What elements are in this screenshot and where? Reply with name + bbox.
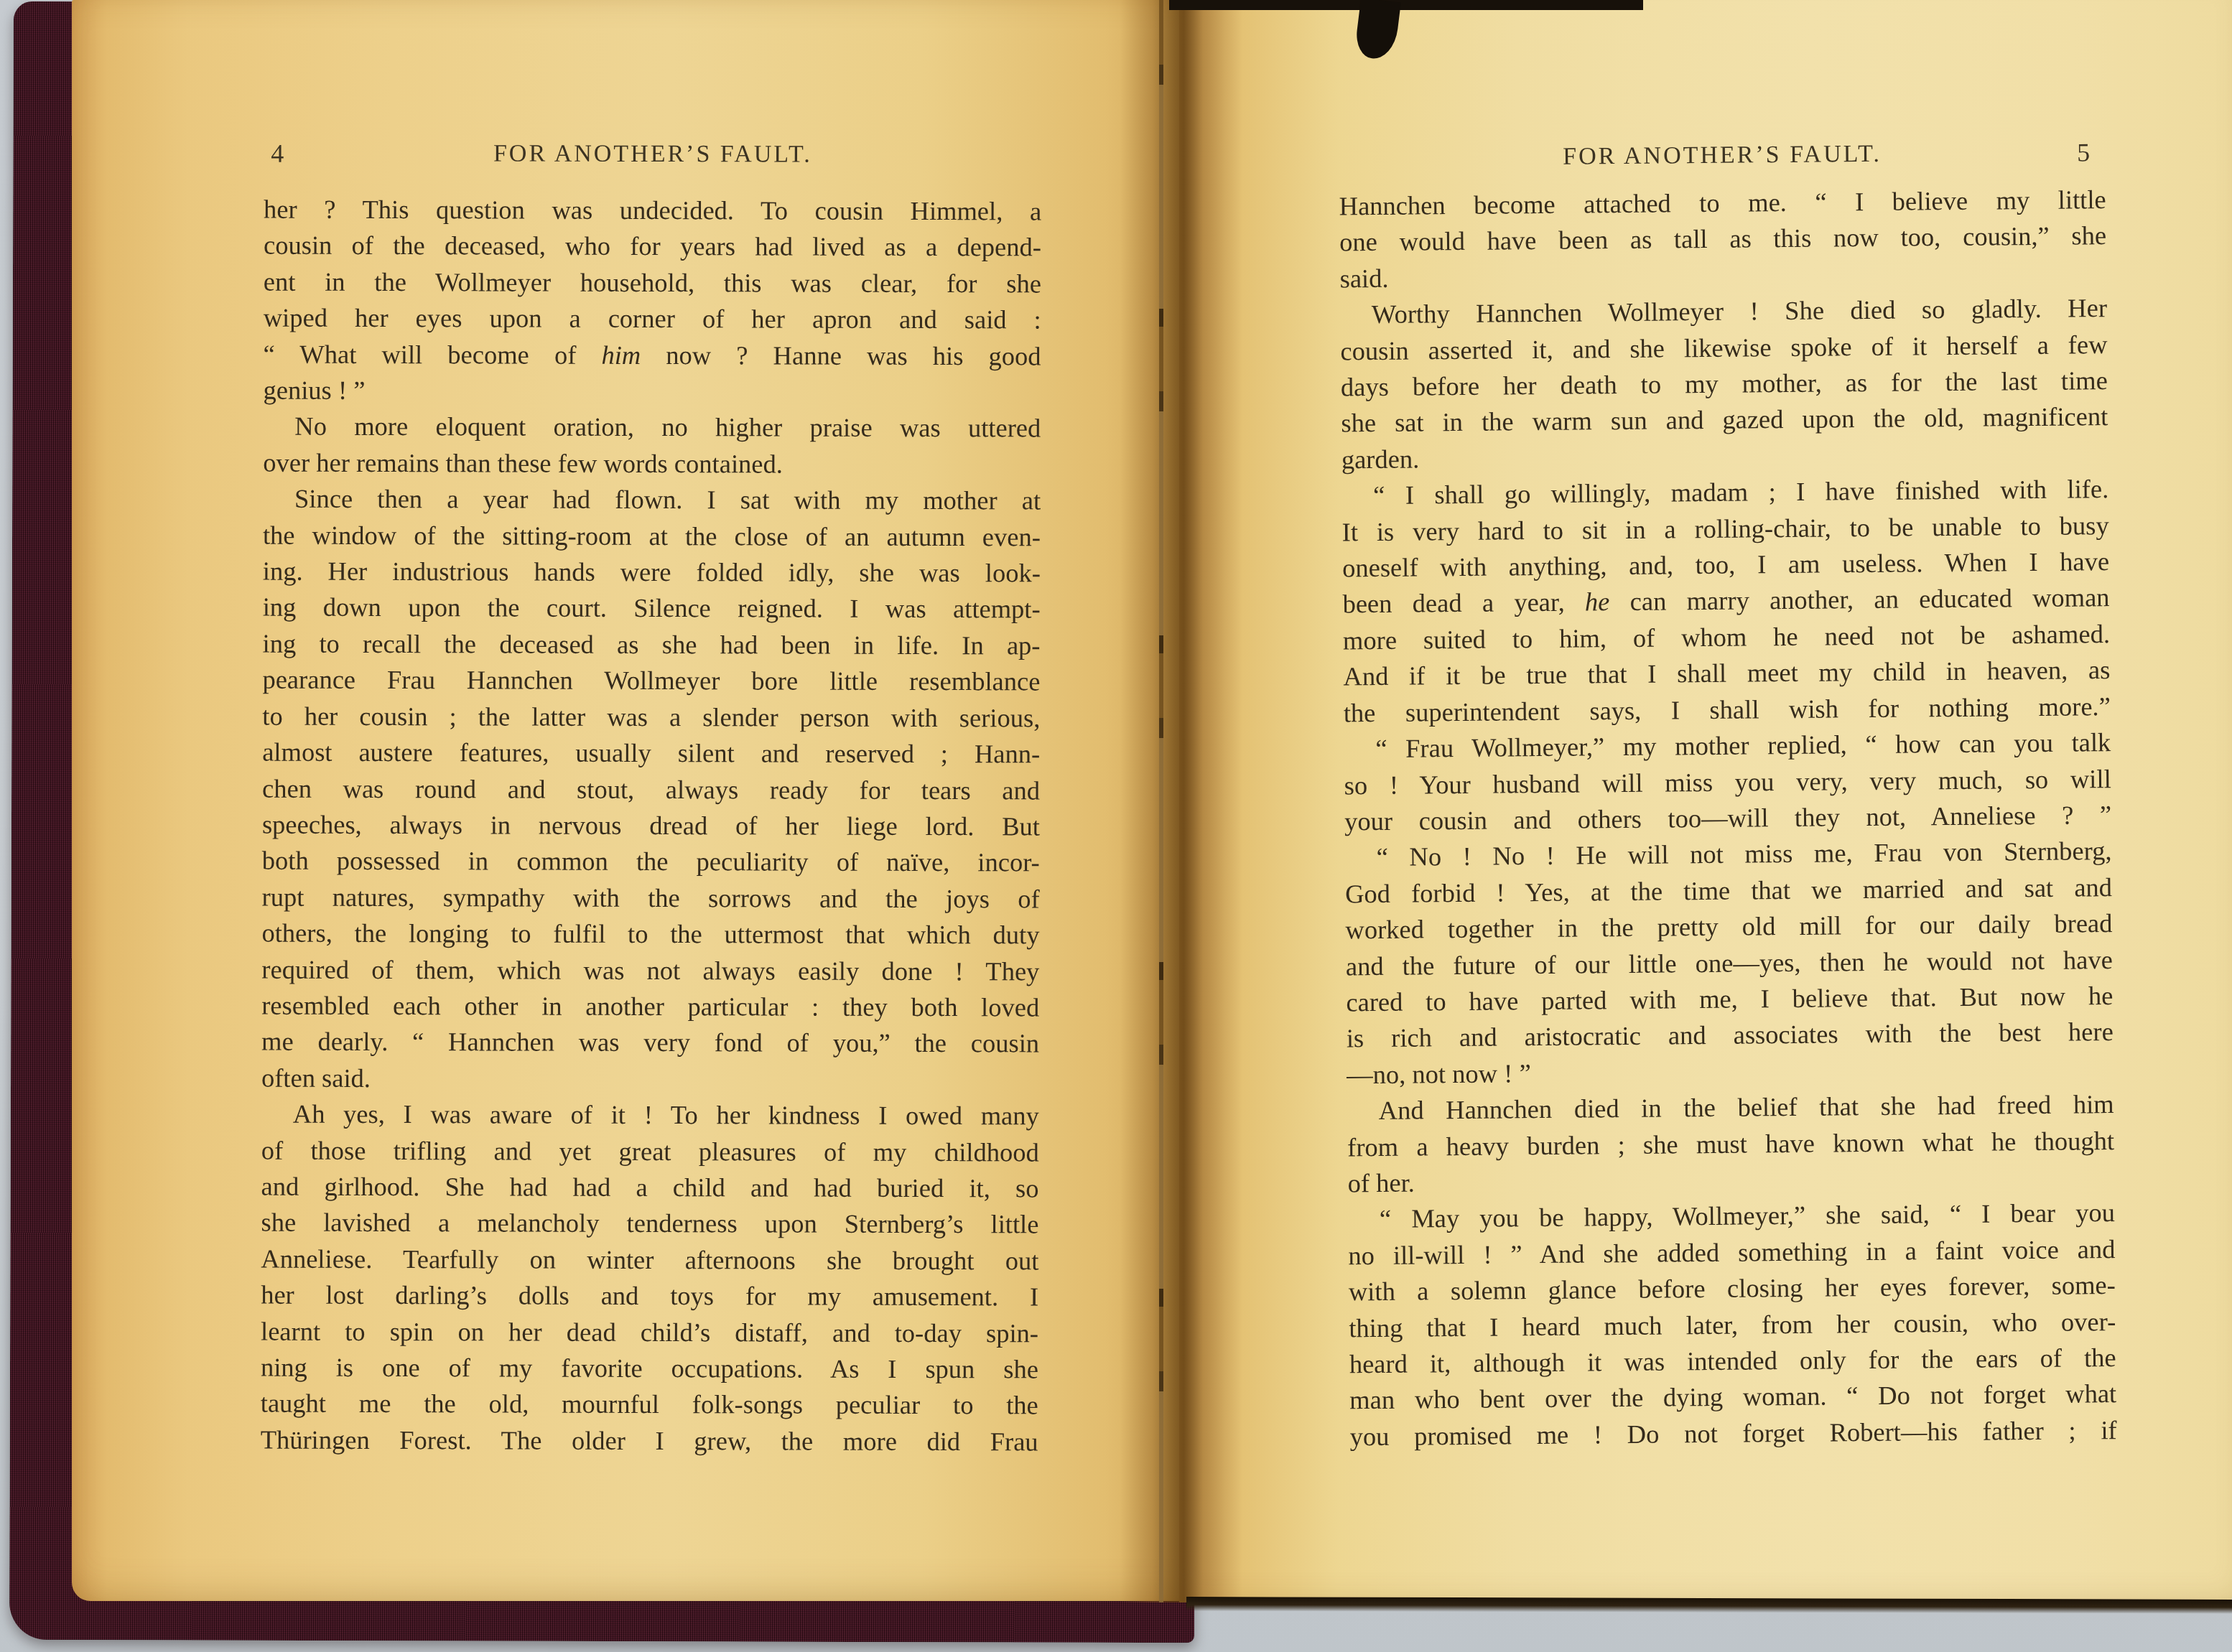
text-line: No more eloquent oration, no higher prai… (263, 409, 1041, 447)
page-left-content: 4 FOR ANOTHER’S FAULT. her ? This questi… (70, 0, 1223, 1602)
text-line: ing down upon the court. Silence reigned… (263, 589, 1041, 627)
text-line: ing to recall the deceased as she had be… (263, 625, 1041, 663)
text-line: been dead a year, he can marry another, … (1342, 580, 2109, 623)
text-line: And if it be true that I shall meet my c… (1343, 652, 2110, 695)
text-line: you promised me ! Do not forget Robert—h… (1349, 1412, 2116, 1455)
text-line: me dearly. “ Hannchen was very fond of y… (261, 1024, 1039, 1062)
text-line: her ? This question was undecided. To co… (264, 192, 1041, 230)
binding-gutter-shadow (1120, 0, 1242, 1602)
text-line: cousin asserted it, and she likewise spo… (1340, 327, 2107, 370)
text-line: your cousin and others too—will they not… (1344, 797, 2111, 840)
text-line: one would have been as tall as this now … (1339, 218, 2106, 261)
text-line: to her cousin ; the latter was a slender… (262, 698, 1040, 736)
text-line: both possessed in common the peculiarity… (262, 843, 1040, 881)
text-line: “ What will become of him now ? Hanne wa… (264, 336, 1041, 374)
text-line: —no, not now ! ” (1347, 1050, 2114, 1093)
text-line: often said. (261, 1060, 1039, 1098)
text-line: ing. Her industrious hands were folded i… (263, 554, 1041, 592)
text-line: It is very hard to sit in a rolling-chai… (1341, 508, 2108, 551)
text-line: the window of the sitting-room at the cl… (263, 517, 1041, 555)
text-line: Hannchen become attached to me. “ I beli… (1339, 182, 2106, 225)
page-number-left: 4 (271, 139, 284, 169)
text-line: Worthy Hannchen Wollmeyer ! She died so … (1340, 290, 2107, 333)
running-title-left: FOR ANOTHER’S FAULT. (264, 140, 1041, 169)
page-number-right: 5 (2077, 137, 2090, 167)
text-line: speeches, always in nervous dread of her… (262, 807, 1040, 845)
text-line: “ Frau Wollmeyer,” my mother replied, “ … (1344, 724, 2111, 767)
text-line: with a solemn glance before closing her … (1349, 1267, 2116, 1310)
text-line: cared to have parted with me, I believe … (1346, 978, 2113, 1021)
text-line: of her. (1347, 1159, 2114, 1202)
text-line: heard it, although it was intended only … (1349, 1340, 2116, 1383)
page-right-content: FOR ANOTHER’S FAULT. 5 Hannchen become a… (1173, 0, 2232, 1607)
text-line: over her remains than these few words co… (263, 444, 1041, 482)
text-line: Since then a year had flown. I sat with … (263, 481, 1041, 519)
page-text-left: her ? This question was undecided. To co… (261, 192, 1042, 1460)
text-line: the superintendent says, I shall wish fo… (1344, 689, 2111, 732)
page-text-right: Hannchen become attached to me. “ I beli… (1339, 182, 2116, 1455)
book-page-right: FOR ANOTHER’S FAULT. 5 Hannchen become a… (1179, 0, 2232, 1602)
text-line: Ah yes, I was aware of it ! To her kindn… (261, 1096, 1039, 1134)
binding-stitch-crease (1159, 0, 1163, 1602)
text-line: pearance Frau Hannchen Wollmeyer bore li… (262, 662, 1040, 700)
text-line: “ May you be happy, Wollmeyer,” she said… (1348, 1195, 2115, 1238)
text-line: genius ! ” (263, 373, 1041, 411)
text-line: worked together in the pretty old mill f… (1345, 905, 2112, 948)
page-header-right: FOR ANOTHER’S FAULT. 5 (1339, 139, 2106, 182)
text-line: wiped her eyes upon a corner of her apro… (264, 300, 1041, 338)
text-line: taught me the old, mournful folk-songs p… (261, 1386, 1038, 1424)
text-line: her lost darling’s dolls and toys for my… (261, 1277, 1038, 1315)
text-line: ning is one of my favorite occupations. … (261, 1350, 1038, 1388)
text-line: said. (1339, 254, 2106, 297)
text-line: Anneliese. Tearfully on winter afternoon… (261, 1241, 1038, 1279)
text-line: so ! Your husband will miss you very, ve… (1344, 761, 2111, 804)
text-line: And Hannchen died in the belief that she… (1347, 1086, 2114, 1129)
text-line: more suited to him, of whom he need not … (1343, 616, 2110, 659)
text-line: almost austere features, usually silent … (262, 734, 1040, 773)
text-line: from a heavy burden ; she must have know… (1347, 1123, 2114, 1166)
text-line: thing that I heard much later, from her … (1349, 1304, 2116, 1347)
scanned-book-photo: 4 FOR ANOTHER’S FAULT. her ? This questi… (0, 0, 2232, 1652)
text-line: she lavished a melancholy tenderness upo… (261, 1205, 1038, 1243)
text-line: “ No ! No ! He will not miss me, Frau vo… (1344, 833, 2111, 876)
text-line: chen was round and stout, always ready f… (262, 770, 1040, 808)
text-line: cousin of the deceased, who for years ha… (264, 228, 1041, 266)
text-line: garden. (1341, 435, 2108, 478)
text-line: ent in the Wollmeyer household, this was… (264, 263, 1041, 302)
text-line: of those trifling and yet great pleasure… (261, 1132, 1039, 1170)
text-line: and girlhood. She had had a child and ha… (261, 1169, 1039, 1207)
text-line: resembled each other in another particul… (261, 988, 1039, 1026)
text-line: God forbid ! Yes, at the time that we ma… (1345, 869, 2112, 913)
text-line: “ I shall go willingly, madam ; I have f… (1341, 471, 2108, 514)
text-line: man who bent over the dying woman. “ Do … (1349, 1376, 2116, 1419)
text-line: no ill-will ! ” And she added something … (1348, 1231, 2115, 1274)
text-line: days before her death to my mother, as f… (1341, 363, 2108, 406)
text-line: and the future of our little one—yes, th… (1346, 942, 2113, 985)
text-line: others, the longing to fulfil to the utt… (261, 915, 1039, 953)
text-line: is rich and aristocratic and associates … (1347, 1014, 2114, 1057)
book-page-left: 4 FOR ANOTHER’S FAULT. her ? This questi… (72, 0, 1221, 1601)
spine-top-gap (1169, 0, 1643, 10)
text-line: Thüringen Forest. The older I grew, the … (261, 1422, 1038, 1460)
page-header-left: 4 FOR ANOTHER’S FAULT. (264, 140, 1041, 179)
running-title-right: FOR ANOTHER’S FAULT. (1339, 139, 2106, 172)
text-line: oneself with anything, and, too, I am us… (1342, 543, 2109, 587)
text-line: learnt to spin on her dead child’s dista… (261, 1313, 1038, 1351)
text-line: she sat in the warm sun and gazed upon t… (1341, 399, 2108, 442)
page-bottom-shadow (1186, 1597, 2232, 1614)
text-line: required of them, which was not always e… (261, 951, 1039, 989)
text-line: rupt natures, sympathy with the sorrows … (262, 879, 1040, 917)
